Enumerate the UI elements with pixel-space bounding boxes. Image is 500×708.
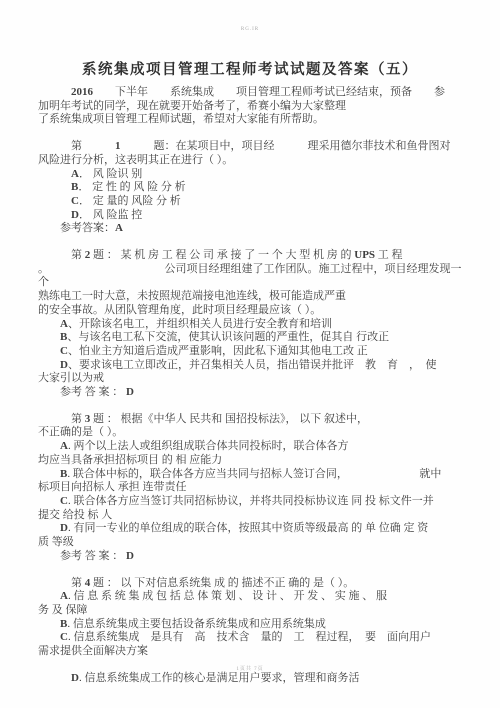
text-line: 质 等级 xyxy=(38,536,466,550)
question-1: 第 1 题：在某项目中，项目经 理采用德尔菲技术和鱼骨图对风险进行分析，这表明其… xyxy=(38,140,466,236)
text-line: 的安全事故。从团队管理角度，此时项目经理最应该（ ）。 xyxy=(38,304,466,318)
text-line: C． 定 量的 风险 分 析 xyxy=(38,195,466,209)
text-line: 均应当具备承担招标项目 的 相 应能力 xyxy=(38,454,466,468)
text-line: B. 联合体中标的，联合体各方应当共同与招标人签订合同， 就中 xyxy=(38,468,466,482)
text-line: 不正确的是（ ）。 xyxy=(38,426,466,440)
text-line: 熟练电工一时大意，未按照规范端接电池连线，极可能造成严重 xyxy=(38,290,466,304)
text-line: B、与该名电工私下交流，使其认识该问题的严重性，促其自 行改正 xyxy=(38,331,466,345)
text-line: 参考 答 案 ： D xyxy=(38,386,466,400)
text-line: 参考答案：A xyxy=(38,222,466,236)
text-line: 大家引以为戒 xyxy=(38,372,466,386)
document-page: RG.IR 系统集成项目管理工程师考试试题及答案（五） 2016 下半年 系统集… xyxy=(0,0,500,708)
text-line: 第 3 题 ： 根据《中华人 民共和 国招投标法》， 以下 叙述中， xyxy=(38,413,466,427)
question-2: 第 2 题 ： 某 机 房 工 程 公 司 承 接 了 一 个 大 型 机 房 … xyxy=(38,249,466,400)
text-line: 标项目向招标人 承担 连带责任 xyxy=(38,481,466,495)
text-line: C、怕业主方知道后造成严重影响，因此私下通知其他电工改 正 xyxy=(38,345,466,359)
text-line: D. 有同一专业的单位组成的联合体，按照其中资质等级最高 的 单 位确 定 资 xyxy=(38,522,466,536)
text-line: 第 4 题 ： 以 下对信息系统集 成 的 描述不正 确的 是（ ）。 xyxy=(38,577,466,591)
text-line: D． 风 险监 控 xyxy=(38,209,466,223)
document-body: 2016 下半年 系统集成 项目管理工程师考试已经结束，预备 参加明年考试的同学… xyxy=(38,86,466,686)
intro-paragraph: 2016 下半年 系统集成 项目管理工程师考试已经结束，预备 参加明年考试的同学… xyxy=(38,86,466,127)
text-line: D、要求该电工立即改正，并召集相关人员，指出错误并批评 教 育 ， 使 xyxy=(38,359,466,373)
text-line: B. 信息系统集成主要包括设备系统集成和应用系统集成 xyxy=(38,618,466,632)
question-3: 第 3 题 ： 根据《中华人 民共和 国招投标法》， 以下 叙述中，不正确的是（… xyxy=(38,413,466,564)
text-line: 了系统集成项目管理工程师试题，希望对大家能有所帮助。 xyxy=(38,113,466,127)
text-line: 2016 下半年 系统集成 项目管理工程师考试已经结束，预备 参 xyxy=(38,86,466,100)
text-line: C. 联合体各方应当签订共同招标协议，并将共同投标协议连 同 投 标文件一并 xyxy=(38,495,466,509)
text-line: A、开除该名电工，并组织相关人员进行安全教育和培训 xyxy=(38,318,466,332)
text-line: B． 定 性 的 风 险 分 析 xyxy=(38,181,466,195)
text-line: 加明年考试的同学，现在就要开始备考了，希赛小编为大家整理 xyxy=(38,100,466,114)
text-line: 风险进行分析，这表明其正在进行（ ）。 xyxy=(38,154,466,168)
page-number-footer: 1页共 7页 xyxy=(0,665,500,672)
header-watermark: RG.IR xyxy=(0,27,500,32)
text-line: 第 1 题：在某项目中，项目经 理采用德尔菲技术和鱼骨图对 xyxy=(38,140,466,154)
document-title: 系统集成项目管理工程师考试试题及答案（五） xyxy=(0,58,500,79)
text-line: 第 2 题 ： 某 机 房 工 程 公 司 承 接 了 一 个 大 型 机 房 … xyxy=(38,249,466,263)
text-line: 需求提供全面解决方案 xyxy=(38,645,466,659)
text-line: 提交 给投 标 人 xyxy=(38,509,466,523)
text-line: A． 风 险识 别 xyxy=(38,168,466,182)
text-line: A. 信 息 系 统 集 成 包 括 总 体 策 划 、 设 计 、 开 发 、… xyxy=(38,590,466,604)
text-line: 参考 答 案 ： D xyxy=(38,550,466,564)
text-line: A. 两个以上法人或组织组成联合体共同投标时，联合体各方 xyxy=(38,440,466,454)
text-line: 务 及 保障 xyxy=(38,604,466,618)
text-line: C. 信息系统集成 是具有 高 技术含 量的 工 程过程， 要 面向用户 xyxy=(38,631,466,645)
text-line: 。 公司项目经理组建了工作团队。施工过程中，项目经理发现一个 xyxy=(38,263,466,290)
text-line: D. 信息系统集成工作的核心是满足用户要求，管理和商务活 xyxy=(38,672,466,686)
